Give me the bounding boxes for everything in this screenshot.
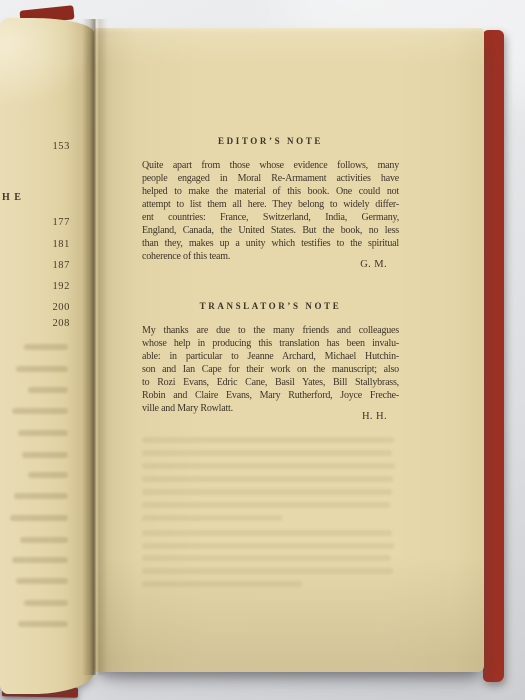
book-cover-right-edge [483, 30, 504, 682]
show-through-line [142, 568, 393, 574]
open-book-photo: 153 HE 177181187192200208 EDITOR’S NOTE … [0, 0, 525, 700]
text-line: attempt to list them all here. They belo… [142, 198, 399, 211]
text-line: than they, makes up a unity which testif… [142, 237, 399, 250]
toc-page-number: 187 [52, 260, 70, 271]
toc-page-number: 208 [52, 318, 70, 329]
toc-page-number: 192 [52, 281, 70, 292]
editors-note-heading: EDITOR’S NOTE [142, 134, 399, 148]
show-through-line [12, 408, 68, 414]
show-through-line [142, 515, 282, 521]
left-page-contents: 153 HE 177181187192200208 [0, 18, 94, 694]
text-line: people engaged in Moral Re-Armament acti… [142, 172, 399, 185]
show-through-line [22, 452, 68, 458]
toc-page-number: 177 [52, 217, 70, 228]
show-through-line [142, 463, 395, 469]
show-through-text-left [0, 18, 94, 694]
notes-text-block: EDITOR’S NOTE Quite apart from those who… [142, 134, 399, 423]
text-line: whose help in producing this translation… [142, 337, 399, 350]
show-through-line [142, 476, 393, 482]
text-line: son and Ian Cape for their work on the m… [142, 363, 399, 376]
show-through-line [14, 493, 68, 499]
toc-heading-fragment: HE [2, 192, 25, 203]
text-line: My thanks are due to the many friends an… [142, 324, 399, 337]
show-through-line [142, 502, 390, 508]
show-through-line [142, 581, 302, 587]
show-through-line [142, 543, 394, 549]
toc-page-number: 181 [52, 239, 70, 250]
show-through-line [142, 437, 394, 443]
show-through-line [18, 621, 68, 627]
show-through-line [28, 472, 68, 478]
show-through-line [142, 530, 392, 536]
show-through-line [28, 387, 68, 393]
text-line: ent countries: France, Switzerland, Indi… [142, 211, 399, 224]
show-through-line [24, 600, 68, 606]
translators-note-heading: TRANSLATOR’S NOTE [142, 299, 399, 313]
show-through-line [24, 344, 68, 350]
show-through-line [142, 450, 392, 456]
show-through-line [16, 366, 68, 372]
show-through-line [20, 537, 68, 543]
show-through-line [142, 489, 392, 495]
text-line: Quite apart from those whose evidence fo… [142, 159, 399, 172]
editors-note-paragraph: Quite apart from those whose evidence fo… [142, 159, 399, 263]
show-through-line [16, 578, 68, 584]
text-line: Robin and Claire Evans, Mary Rutherford,… [142, 389, 399, 402]
translators-note-paragraph: My thanks are due to the many friends an… [142, 324, 399, 415]
show-through-line [10, 515, 68, 521]
show-through-line [142, 555, 391, 561]
text-line: England, Canada, the United States. But … [142, 224, 399, 237]
show-through-line [12, 557, 68, 563]
text-line: to Rozi Evans, Edric Cane, Basil Yates, … [142, 376, 399, 389]
text-line: helped to make the material of this book… [142, 185, 399, 198]
text-line: able: in particular to Jeanne Archard, M… [142, 350, 399, 363]
toc-page-number: 200 [52, 302, 70, 313]
right-page-notes: EDITOR’S NOTE Quite apart from those who… [94, 28, 484, 672]
show-through-line [18, 430, 68, 436]
toc-page-number: 153 [52, 141, 70, 152]
